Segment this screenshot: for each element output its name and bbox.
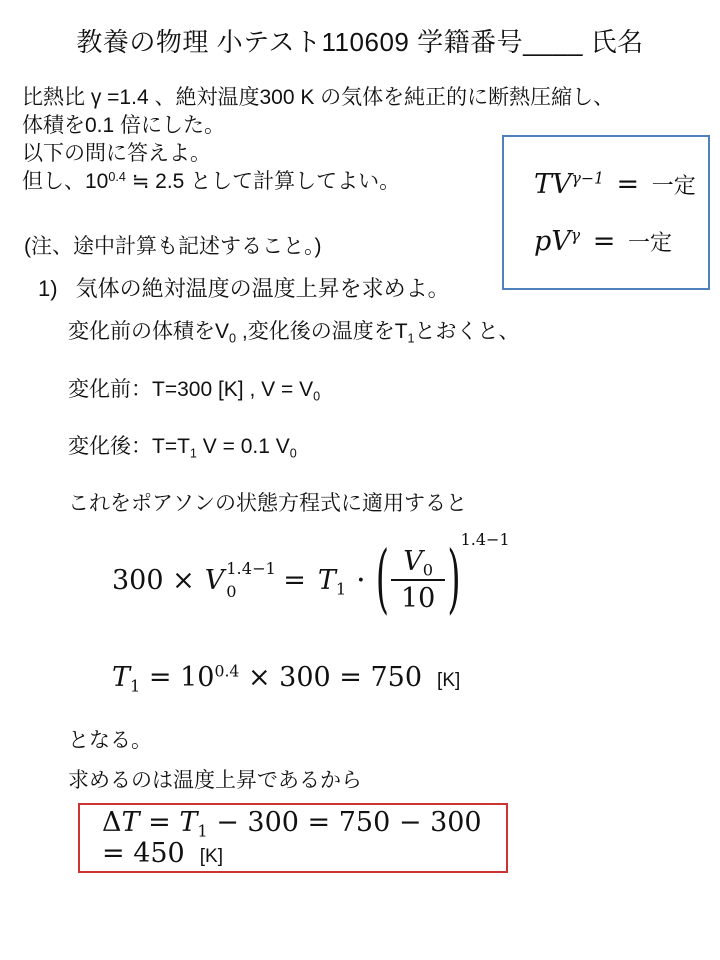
subscript: 0 [229, 331, 236, 345]
poisson-equation: 300 × V1.4−10 = T1 · ( V0 10 ) 1.4−1 [112, 524, 510, 636]
fraction-numerator: V0 [393, 546, 443, 579]
subscript: 0 [226, 584, 236, 600]
conclusion-line: となる。 [68, 724, 152, 754]
question-number: 1) [38, 276, 58, 301]
unit-kelvin: [K] [200, 846, 223, 867]
exponent-0-4: 0.4 [108, 170, 126, 184]
tv-exponent: γ−1 [572, 168, 604, 187]
delta-symbol: Δ [102, 807, 122, 838]
text-run: T=T [152, 435, 190, 458]
subscript: 1 [336, 579, 346, 598]
question-1: 1)気体の絶対温度の温度上昇を求めよ。 [38, 272, 450, 303]
delta-t-equation: ΔT = T1 − 300 = 750 − 300 = 450[K] [80, 807, 506, 869]
note-text: (注、途中計算も記述すること。) [24, 230, 322, 260]
subscript: 1 [190, 446, 197, 460]
apply-poisson-line: これをポアソンの状態方程式に適用すると [68, 487, 467, 517]
text-run: ,変化後の温度を [236, 320, 395, 343]
text-run: 変化前の体積を [68, 320, 215, 343]
symbol-t: T [179, 807, 197, 838]
supsub-stack: 1.4−10 [224, 572, 271, 588]
state-after-line: 変化後：T=T1 V = 0.1 V0 [68, 430, 297, 460]
fraction-denominator: 10 [391, 579, 445, 614]
subscript: 1 [408, 331, 415, 345]
law-equation-pv: pVγ = 一定 [534, 228, 708, 255]
unit-kelvin: [K] [437, 670, 460, 691]
symbol-t: T [122, 807, 140, 838]
text-run: とおくと、 [415, 320, 520, 343]
v0-power-term: V1.4−10 [205, 565, 271, 596]
answer-box: ΔT = T1 − 300 = 750 − 300 = 450[K] [78, 803, 508, 873]
superscript: 0.4 [214, 662, 239, 681]
paren-exponent: 1.4−1 [461, 530, 510, 549]
solution-setup-line: 変化前の体積をV0 ,変化後の温度をT1とおくと、 [68, 315, 520, 345]
subscript: 1 [197, 822, 207, 841]
t1-term: T1 [318, 565, 346, 596]
multiplication-dot: · [356, 563, 366, 598]
open-paren: ( [376, 543, 389, 618]
pv-term: pV [534, 226, 571, 257]
symbol-v: V [215, 320, 229, 343]
quiz-slide: 教養の物理 小テスト110609 学籍番号____ 氏名 比熱比 γ =1.4 … [0, 0, 720, 960]
tv-term: TV [534, 169, 572, 200]
equation-middle: = 10 [140, 662, 214, 693]
close-paren: ) [447, 543, 460, 618]
problem-line-4-text: 但し、10 [22, 170, 108, 193]
final-intro-line: 求めるのは温度上昇であるから [68, 764, 362, 794]
constant-label: 一定 [652, 173, 696, 198]
law-equation-tv: TVγ−1 = 一定 [534, 171, 708, 198]
subscript: 0 [290, 446, 297, 460]
superscript: 1.4−1 [226, 561, 276, 577]
text-run: 変化後： [68, 435, 152, 458]
parenthesized-fraction: ( V0 10 ) 1.4−1 [376, 524, 510, 636]
t1-equation: T1 = 100.4 × 300 = 750[K] [112, 662, 460, 693]
text-run: T=300 [K] , V = V [152, 378, 313, 401]
pv-exponent: γ [571, 225, 580, 244]
coefficient: 300 × [112, 565, 195, 596]
symbol-v: V [403, 546, 423, 577]
symbol-t: T [112, 662, 130, 693]
equation-rest: × 300 = 750 [239, 662, 422, 693]
problem-line-4-rest: ≒ 2.5 として計算してよい。 [126, 170, 400, 193]
state-before-line: 変化前：T=300 [K] , V = V0 [68, 373, 320, 403]
text-run: 変化前： [68, 378, 152, 401]
page-title: 教養の物理 小テスト110609 学籍番号____ 氏名 [0, 22, 720, 59]
question-text: 気体の絶対温度の温度上昇を求めよ。 [76, 276, 450, 301]
symbol-v: V [205, 565, 225, 596]
problem-line-1: 比熱比 γ =1.4 、絶対温度300 K の気体を純正的に断熱圧縮し、 [22, 84, 614, 112]
subscript: 1 [130, 677, 140, 696]
equals-sign: = [283, 565, 306, 596]
symbol-t: T [395, 320, 408, 343]
equals-sign: = [608, 169, 648, 200]
constant-label: 一定 [628, 230, 672, 255]
equals-sign: = [140, 807, 180, 838]
symbol-t: T [318, 565, 336, 596]
adiabatic-law-box: TVγ−1 = 一定 pVγ = 一定 [502, 135, 710, 290]
subscript: 0 [313, 389, 320, 403]
text-run: V = 0.1 V [197, 435, 290, 458]
equals-sign: = [584, 226, 624, 257]
subscript: 0 [423, 561, 433, 580]
fraction-v0-over-10: V0 10 [391, 546, 445, 614]
